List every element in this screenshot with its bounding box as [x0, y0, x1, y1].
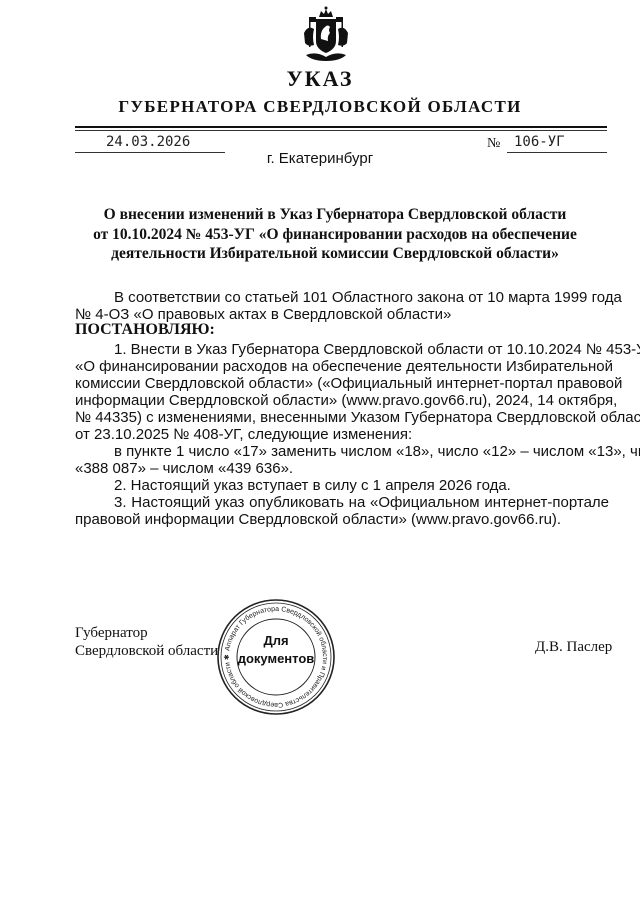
- item2-line: 2. Настоящий указ вступает в силу с 1 ап…: [114, 477, 609, 494]
- item1-line: информации Свердловской области» (www.pr…: [75, 392, 609, 409]
- signatory-position: Губернатор Свердловской области: [75, 624, 218, 660]
- city: г. Екатеринбург: [0, 150, 640, 167]
- stamp-center-text: Для документов: [216, 632, 336, 668]
- document-title: УКАЗ: [0, 66, 640, 92]
- heading-line: от 10.10.2024 № 453-УГ «О финансировании…: [80, 225, 590, 245]
- coat-of-arms-icon: [300, 3, 352, 65]
- item3-line: правовой информации Свердловской области…: [75, 511, 609, 528]
- decree-word: ПОСТАНОВЛЯЮ:: [75, 321, 609, 339]
- item1-sub-line: «388 087» – числом «439 636».: [75, 460, 609, 477]
- position-line: Свердловской области: [75, 642, 218, 660]
- item3-line: 3. Настоящий указ опубликовать на «Офици…: [114, 494, 609, 511]
- heading-line: деятельности Избирательной комиссии Свер…: [80, 244, 590, 264]
- item1-line: 1. Внести в Указ Губернатора Свердловско…: [114, 341, 609, 358]
- decree-number: 106-УГ: [514, 134, 565, 150]
- header-rule-thick: [75, 126, 607, 128]
- document-subtitle: ГУБЕРНАТОРА СВЕРДЛОВСКОЙ ОБЛАСТИ: [0, 97, 640, 117]
- item1-sub-line: в пункте 1 число «17» заменить числом «1…: [114, 443, 609, 460]
- decree-heading: О внесении изменений в Указ Губернатора …: [80, 205, 590, 264]
- decree-date: 24.03.2026: [106, 134, 190, 150]
- stamp-line: Для: [216, 632, 336, 650]
- item1-line: № 44335) с изменениями, внесенными Указо…: [75, 409, 609, 426]
- position-line: Губернатор: [75, 624, 218, 642]
- header-rule-thin: [75, 130, 607, 131]
- item1-line: от 23.10.2025 № 408-УГ, следующие измене…: [75, 426, 609, 443]
- signatory-name: Д.В. Паслер: [535, 639, 612, 656]
- item1-line: «О финансировании расходов на обеспечени…: [75, 358, 609, 375]
- stamp-line: документов: [216, 650, 336, 668]
- heading-line: О внесении изменений в Указ Губернатора …: [80, 205, 590, 225]
- preamble-line: В соответствии со статьей 101 Областного…: [114, 289, 609, 306]
- item1-line: комиссии Свердловской области» («Официал…: [75, 375, 609, 392]
